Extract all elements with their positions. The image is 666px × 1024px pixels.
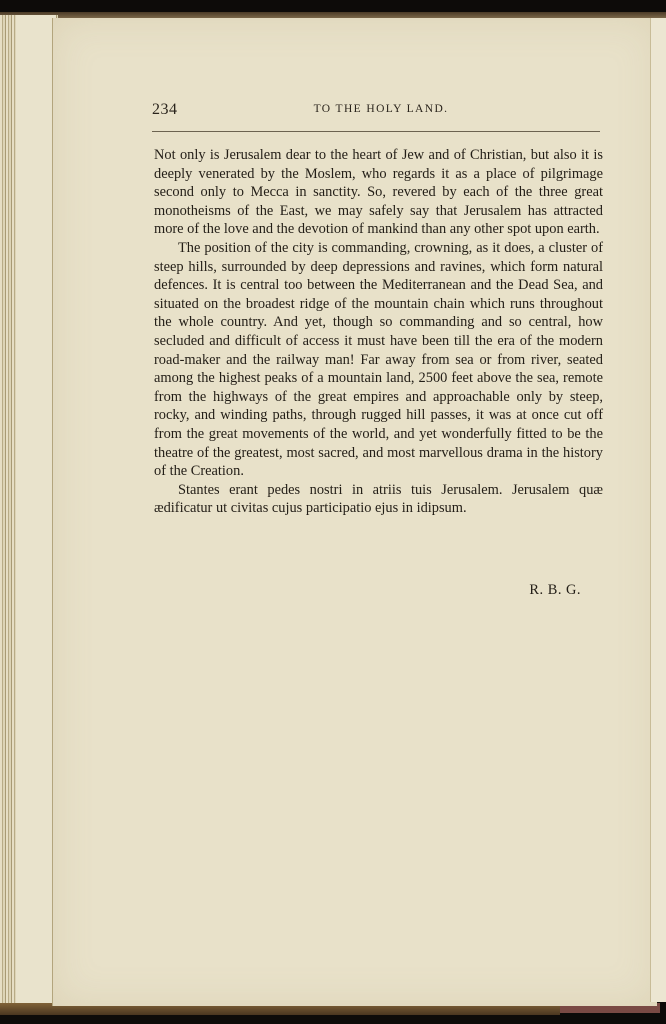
author-initials: R. B. G. — [154, 582, 581, 599]
page-body: Not only is Jerusalem dear to the heart … — [154, 146, 603, 518]
paragraph-1: Not only is Jerusalem dear to the heart … — [154, 146, 603, 239]
running-head: TO THE HOLY LAND. — [152, 103, 600, 115]
header-rule — [152, 131, 600, 132]
facing-page-edge — [16, 15, 57, 1003]
page-header: 234 TO THE HOLY LAND. — [152, 101, 600, 119]
right-page-edge — [650, 18, 666, 1002]
book-scan: 234 TO THE HOLY LAND. Not only is Jerusa… — [0, 0, 666, 1024]
paragraph-2: The position of the city is commanding, … — [154, 239, 603, 481]
paragraph-3-latin-quote: Stantes erant pedes nostri in atriis tui… — [154, 481, 603, 518]
